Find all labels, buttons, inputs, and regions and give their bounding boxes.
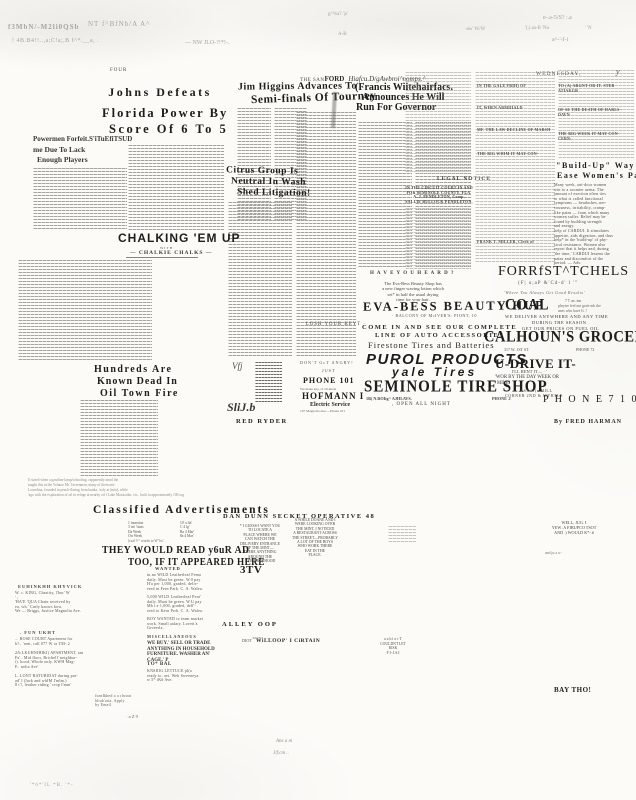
- legal-caps-line: OF SE THE DEATH OF HARLS -DAVN: [558, 108, 634, 117]
- newspaper-page: f3MbN/-M2li0QSb NT f^BfNb/A A^ ! 4B.B4!!…: [0, 0, 636, 800]
- body-text-block: [128, 145, 224, 230]
- scan-smudge: NT f^BfNb/A A^: [88, 20, 150, 28]
- ad-calhouns-name: CALHOUN'S GROCERY: [484, 328, 636, 347]
- scan-smudge: '*6*'IL *B. '*-: [30, 783, 74, 788]
- ad-udrive-line1: I'LL RENT IT— · ': [512, 369, 547, 374]
- scan-smudge: J/f.cm ..: [273, 751, 289, 756]
- classified-item: L. LONT BATURIDAT during par-ad' I (lack…: [15, 674, 155, 688]
- comic-caption-sub: 'KIRN'I ————: [252, 636, 278, 640]
- legal-caps-line: FRANK T. MILLER, Clerk of: [477, 240, 555, 245]
- ad-coal-right1: 7 T an. inn: [565, 299, 581, 303]
- legal-caps-line: THE BIG WHIM IT MAY CON-: [477, 152, 555, 157]
- body-text-block: [388, 526, 416, 544]
- ad-phone-710: P H O N E 7 1 0: [543, 394, 636, 405]
- ad-forrest-sub: (F| u;aP &'Cd-d' l '": [518, 281, 578, 286]
- comic-title-alley-oop: ALLEY OOP: [222, 621, 278, 628]
- subhead-johns-3: Enough Players: [37, 155, 88, 164]
- body-text-block: [33, 168, 127, 230]
- comic-credit-fred-harman: By FRED HARMAN: [554, 419, 622, 425]
- headline-johns-1: Johns Defeats: [100, 85, 220, 100]
- ad-hofmann-name: HOFMANN I: [302, 391, 364, 401]
- ad-coal-right2: phrytre feel me grati-ark the: [558, 304, 601, 308]
- body-text-block: [18, 260, 152, 361]
- classified-heading: MISCELLANEOUS: [147, 634, 197, 639]
- cardui-body: help of CARDUI. It stimulatesappetite, a…: [554, 229, 634, 266]
- body-text-block: [358, 122, 412, 268]
- ad-forrest-name: FORRfST^TCHELS: [498, 264, 629, 280]
- headline-hundreds-3: Oil Town Fire: [100, 388, 179, 399]
- classified-item: W. c. KING, Chastity, l'hor' W' ;'HA'E '…: [15, 591, 150, 614]
- classified-heading: WANTED: [155, 566, 181, 571]
- headline-hundreds-1: Hundreds Are: [94, 364, 172, 375]
- comic-title-red-ryder: RED RYDER: [236, 418, 288, 425]
- headline-buildup-1: "Build-Up" Way To: [556, 161, 636, 170]
- ad-coal-name: COAL: [505, 297, 549, 315]
- ad-seminole-addr: 1B( N.ROIig^ AJHI.AVS.: [366, 396, 412, 401]
- comic-exclamation: BAY THO!: [554, 686, 591, 694]
- ad-hofmann-phone: PHONE 101: [303, 376, 354, 385]
- scan-smudge: -aw' W/W: [465, 27, 485, 32]
- body-text-block: [80, 400, 158, 478]
- scan-smudge: e-.a-5/S? :.a: [543, 15, 572, 21]
- classified-heading: TO* BAL: [147, 662, 172, 667]
- speech-bubble: A WHILE DOANE AND IWERE LOOKING OVERTHE …: [288, 518, 342, 558]
- scan-mark-vfj: Vfj: [232, 361, 243, 371]
- classified-rates-right: 10' a lin'C 4 lg'Ba 4 Mar'8a 4 Mar': [180, 521, 226, 539]
- ad-hofmann-line2: JUST: [322, 368, 336, 373]
- classified-item: KNSIIIG LETTUCE pl(aready to. aet. Web S…: [147, 669, 227, 683]
- ad-calhouns-addr: 317 W. 1ST ST.: [504, 347, 529, 352]
- scan-smudge: — NW JLO-?!*!-.: [185, 40, 229, 46]
- classified-rates-note: (csal ?/-' words to W 'lw'.: [128, 539, 164, 543]
- classified-item: ... ROSE COURT Apartment forb?., 'rent, …: [15, 637, 150, 646]
- scan-smudge: ' 'N: [585, 26, 592, 31]
- scan-smudge: A-B: [338, 32, 347, 37]
- classified-item: furnIkbed a a rlwaatbltab'atia, Applyby …: [95, 694, 155, 708]
- classified-item: WE BUY.' SELL OR TRADEANYTHING IN HOUSEH…: [147, 641, 227, 663]
- headline-citrus-1: Citrus Group Is: [226, 165, 298, 176]
- ad-udrive-line3: MILE.: [497, 381, 510, 386]
- ad-hofmann-addr: 107 Magnolia Ave.—Phone 101: [300, 409, 345, 413]
- column-title-chalking: CHALKING 'EM UP: [118, 231, 241, 245]
- scan-marks: · a Z 9: [126, 714, 138, 719]
- ad-yale-brand: yale Tires: [392, 365, 477, 379]
- legal-caps-line: IN THE GALE FRIH) OF: [477, 84, 555, 89]
- ad-seminole-open: , OPEN ALL NIGHT: [392, 402, 451, 407]
- classified-item: BOY WANTED to team marketwork. Small aal…: [147, 617, 219, 631]
- legal-caps-line: IT, WHEN ARMIIIALD: [477, 106, 555, 111]
- legal-text-block: [475, 72, 555, 264]
- headline-hundreds-2: Known Dead In: [97, 376, 178, 387]
- lost-key-line: LOSH YOUR KEYT ·: [306, 322, 366, 327]
- speech-bubble: WELL, JUG. IYEW .A FIBUPCO TSOTAND .) WO…: [534, 520, 614, 535]
- classified-item: 2/b LKUHNIHIKI) APARTMENT, tanFa'.. Mid …: [15, 651, 155, 669]
- classified-item: in.no WILD Leatherleaf Femadaily. Must b…: [147, 573, 219, 591]
- ad-hofmann-service: Electric Service: [310, 402, 350, 408]
- ad-coal-line1: WE DELIVER ANYWHERE AND ANY TIME: [505, 314, 608, 319]
- speech-bubble: * I GUESS-I WANT YOUTO LOCATE APLACE WHE…: [234, 524, 286, 564]
- headline-citrus-3: Shed Litigation!: [237, 187, 311, 198]
- classified-promo-1: THEY WOULD READ y6uR AD: [102, 545, 249, 556]
- headline-citrus-2: Neutral In Wash: [231, 176, 306, 187]
- legal-text-block: [405, 72, 471, 174]
- ad-coal-line2: DURING THE SEASON: [532, 320, 586, 325]
- scan-smudge: Ans a m: [276, 739, 292, 744]
- scan-smudge: ! 4B.B4!!..,a;C!a;,B f^*.__a, .: [12, 38, 99, 44]
- ad-coal-right3: anes who have It. !: [558, 309, 587, 313]
- buildup-body: Many week, out-door womenwin to a roomie…: [554, 183, 634, 229]
- legal-text-block: [405, 208, 471, 270]
- scan-mark: and ju a w ·: [545, 551, 563, 555]
- ad-hofmann-line1: DON'T GcT ANGRY!: [300, 360, 354, 365]
- ad-udrive-line2: 'WOR BY THE DAY WEEK OR: [495, 375, 559, 380]
- have-you-heard-title: H A V E Y O U H E A R D ?: [370, 271, 454, 276]
- speech-bubble: a a b i a c TCOULDN'TLETRISKF I-.I.S.I: [366, 637, 420, 655]
- dense-text-block: [255, 362, 282, 404]
- subhead-johns-2: me Due To Lack: [33, 145, 85, 154]
- subhead-johns-1: Powermen Forfeit.S'iTuEfiTSUD: [33, 135, 132, 143]
- headline-buildup-2: Ease Women's Pain: [557, 171, 636, 180]
- scan-smudge: f3MbN/-M2li0QSb: [8, 23, 79, 31]
- ad-evabess-sub: · BALCONY OF McIVER'S: PIONT, 10: [392, 313, 477, 318]
- comic-panel-mark: 3TV: [240, 564, 262, 576]
- scan-smudge: a^-'-f-i: [552, 37, 568, 43]
- classified-heading: . FUN UKHT: [20, 630, 56, 635]
- scan-smudge: g^%a? '|a': [328, 12, 348, 17]
- classified-rates-left: 1 insertion3 im' 'tionsDa WeekOw Week: [128, 521, 174, 539]
- faint-text-lines: It stated when a gasoline lamp/schooling…: [28, 478, 328, 498]
- script-mark: SliJ.b: [227, 400, 255, 415]
- legal-caps-lines: IN THE CIRCUIT COURT IN ANDFOR SEMINOLE …: [405, 186, 473, 204]
- comic-caption-lead: DIOT: [242, 638, 252, 643]
- column-byline: — CHALKIE CHALKS —: [130, 250, 212, 256]
- legal-caps-line: TO (A) ARGNT OR IT. STEB ATIAKGR: [558, 84, 634, 93]
- legal-caps-line: THE BIG WEEK IT MAY CON- CERN:: [558, 132, 634, 141]
- legal-caps-line: MF. THE LAW DECLINE OF MARSH: [477, 128, 555, 133]
- ad-forrest-tagline: 'Where You Always Get Good Results': [504, 290, 585, 295]
- rule-divider: [126, 257, 198, 258]
- ad-calhouns-phone: PHONE 72: [576, 347, 594, 352]
- classified-item: 5,000 WILD Leatherleaf Pent'daily. Muat …: [147, 595, 219, 613]
- ad-firestone-line: Firestone Tires and Batteries: [368, 340, 495, 350]
- scan-smudge: '(,i aa-B 'Na: [525, 26, 549, 31]
- classified-heading: EUHINKHH KHYVICK: [18, 584, 82, 589]
- page-number: FOUR: [110, 68, 127, 73]
- body-text-block: [228, 202, 292, 358]
- headline-johns-2: Florida Power By: [102, 106, 228, 121]
